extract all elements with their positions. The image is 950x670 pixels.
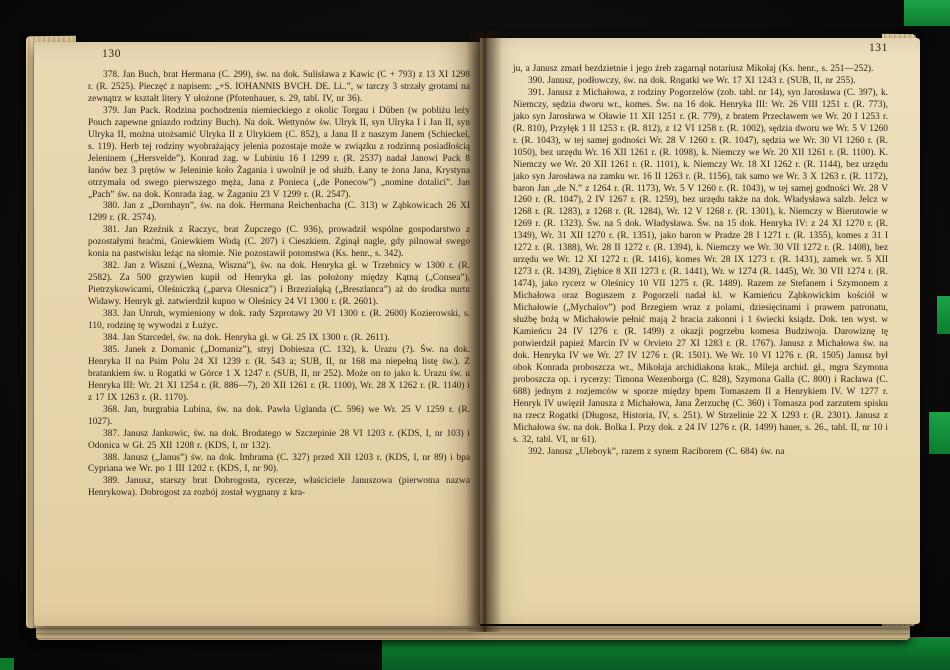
green-table-edge [937,296,950,334]
entry-389: 389. Janusz, starszy brat Dobrogosta, ry… [88,476,470,500]
green-table-edge [904,0,950,26]
right-page-text: ju, a Janusz zmarł bezdzietnie i jego źr… [513,64,888,458]
entry-389-continuation: ju, a Janusz zmarł bezdzietnie i jego źr… [513,64,888,76]
entry-387: 387. Janusz Jankowic, św. na dok. Brodat… [88,429,470,453]
green-table-edge [382,637,950,670]
entry-378: 378. Jan Buch, brat Hermana (C. 299), św… [88,70,470,106]
right-page: 131 ju, a Janusz zmarł bezdzietnie i jeg… [480,38,920,624]
left-page-text: 378. Jan Buch, brat Hermana (C. 299), św… [88,70,470,500]
entry-388: 388. Janusz („Janus”) św. na dok. Imbram… [88,453,470,477]
page-number-right: 131 [513,42,888,54]
left-page: 130 378. Jan Buch, brat Hermana (C. 299)… [34,42,480,626]
entry-381: 381. Jan Rzeźnik z Raczyc, brat Żupczego… [88,225,470,261]
open-book: 130 378. Jan Buch, brat Hermana (C. 299)… [26,30,916,632]
green-table-edge [0,658,14,670]
entry-392: 392. Janusz „Uleboyk”, razem z synem Rac… [513,447,888,459]
book-photograph: 130 378. Jan Buch, brat Hermana (C. 299)… [0,0,950,670]
page-number-left: 130 [88,48,470,60]
entry-383: 383. Jan Unruh, wymieniony w dok. rady S… [88,309,470,333]
entry-380: 380. Jan z „Dornhayn”, św. na dok. Herma… [88,201,470,225]
entry-385: 385. Janek z Domanic („Domaniz”), stryj … [88,345,470,405]
entry-382: 382. Jan z Wiszni („Wezna, Wiszna”), św.… [88,261,470,309]
entry-390: 390. Janusz, podłowczy, św. na dok. Roga… [513,76,888,88]
entry-384: 384. Jan Starcedel, św. na dok. Henryka … [88,333,470,345]
entry-391: 391. Janusz z Michałowa, z rodziny Pogor… [513,88,888,447]
entry-386: 368. Jan, burgrabia Lubina, św. na dok. … [88,405,470,429]
green-table-edge [929,412,950,454]
entry-379: 379. Jan Pack. Rodzina pochodzenia niemi… [88,106,470,202]
